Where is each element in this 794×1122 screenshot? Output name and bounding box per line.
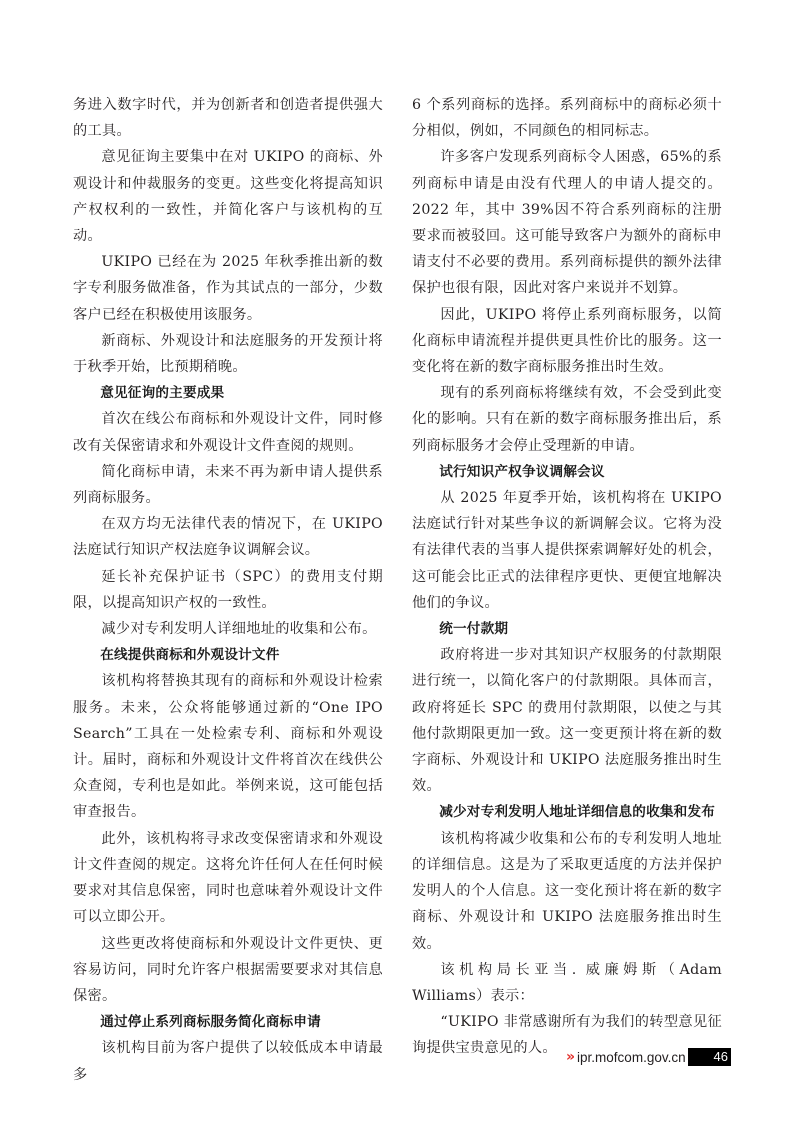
section-heading: 试行知识产权争议调解会议 <box>412 459 722 485</box>
paragraph: 该机构将替换其现有的商标和外观设计检索服务。未来，公众将能够通过新的“One I… <box>73 668 383 825</box>
paragraph: 新商标、外观设计和法庭服务的开发预计将于秋季开始，比预期稍晚。 <box>73 328 383 380</box>
paragraph: 从 2025 年夏季开始，该机构将在 UKIPO 法庭试行针对某些争议的新调解会… <box>412 485 722 616</box>
paragraph: 意见征询主要集中在对 UKIPO 的商标、外观设计和仲裁服务的变更。这些变化将提… <box>73 144 383 249</box>
section-heading: 减少对专利发明人地址详细信息的收集和发布 <box>412 799 722 825</box>
paragraph: 简化商标申请，未来不再为新申请人提供系列商标服务。 <box>73 459 383 511</box>
paragraph: 该机构将减少收集和公布的专利发明人地址的详细信息。这是为了采取更适度的方法并保护… <box>412 826 722 957</box>
paragraph: 现有的系列商标将继续有效，不会受到此变化的影响。只有在新的数字商标服务推出后，系… <box>412 380 722 459</box>
section-heading: 统一付款期 <box>412 616 722 642</box>
section-heading: 意见征询的主要成果 <box>73 380 383 406</box>
paragraph: 此外，该机构将寻求改变保密请求和外观设计文件查阅的规定。这将允许任何人在任何时候… <box>73 826 383 931</box>
paragraph: 该机构局长亚当. 威廉姆斯（Adam Williams）表示： <box>412 957 722 1009</box>
page-footer: » ipr.mofcom.gov.cn <box>566 1046 686 1068</box>
paragraph: 这些更改将使商标和外观设计文件更快、更容易访问，同时允许客户根据需要要求对其信息… <box>73 931 383 1010</box>
paragraph: UKIPO 已经在为 2025 年秋季推出新的数字专利服务做准备，作为其试点的一… <box>73 249 383 328</box>
paragraph: 减少对专利发明人详细地址的收集和公布。 <box>73 616 383 642</box>
left-column: 务进入数字时代，并为创新者和创造者提供强大的工具。 意见征询主要集中在对 UKI… <box>73 92 383 1088</box>
paragraph: 该机构目前为客户提供了以较低成本申请最多 <box>73 1035 383 1087</box>
section-heading: 通过停止系列商标服务简化商标申请 <box>73 1009 383 1035</box>
right-column: 6 个系列商标的选择。系列商标中的商标必须十分相似，例如，不同颜色的相同标志。 … <box>412 92 722 1062</box>
paragraph: 政府将进一步对其知识产权服务的付款期限进行统一，以简化客户的付款期限。具体而言，… <box>412 642 722 799</box>
page-number: 46 <box>688 1048 731 1066</box>
section-heading: 在线提供商标和外观设计文件 <box>73 642 383 668</box>
paragraph: 因此，UKIPO 将停止系列商标服务，以简化商标申请流程并提供更具性价比的服务。… <box>412 302 722 381</box>
paragraph: 务进入数字时代，并为创新者和创造者提供强大的工具。 <box>73 92 383 144</box>
paragraph: 延长补充保护证书（SPC）的费用支付期限，以提高知识产权的一致性。 <box>73 564 383 616</box>
paragraph: 6 个系列商标的选择。系列商标中的商标必须十分相似，例如，不同颜色的相同标志。 <box>412 92 722 144</box>
double-chevron-right-icon: » <box>566 1049 572 1065</box>
site-url: ipr.mofcom.gov.cn <box>577 1050 686 1065</box>
paragraph: 许多客户发现系列商标令人困惑，65%的系列商标申请是由没有代理人的申请人提交的。… <box>412 144 722 301</box>
paragraph: 在双方均无法律代表的情况下，在 UKIPO 法庭试行知识产权法庭争议调解会议。 <box>73 511 383 563</box>
paragraph: 首次在线公布商标和外观设计文件，同时修改有关保密请求和外观设计文件查阅的规则。 <box>73 406 383 458</box>
